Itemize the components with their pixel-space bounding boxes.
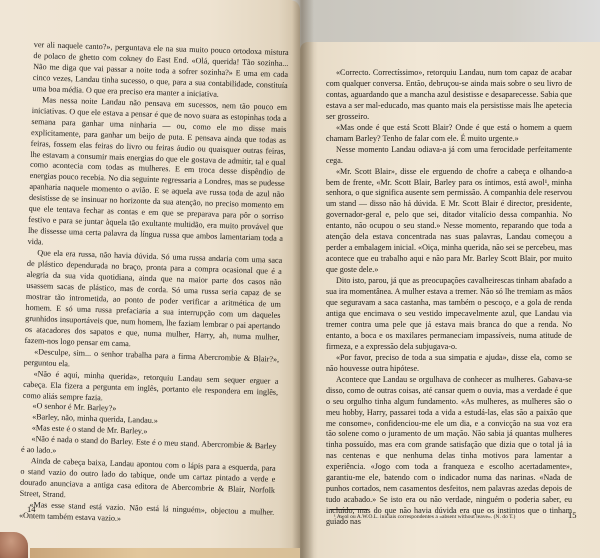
right-page-text: «Correcto. Correctíssimo», retorquiu Lan… (326, 68, 572, 528)
page-number: 15 (568, 510, 577, 521)
table-surface (30, 548, 300, 558)
page-number: 14 (27, 504, 36, 515)
footnote: ¹ Awol ou A.W.O.L. iniciais corresponden… (334, 514, 515, 521)
paragraph: Acontece que Landau se orgulhava de conh… (326, 375, 572, 528)
paragraph: «Por favor, preciso de toda a sua simpat… (326, 353, 572, 375)
left-page-text: ver ali naquele canto?», perguntava ele … (19, 40, 289, 530)
paragraph: Nesse momento Landau odiava-a já com uma… (326, 145, 572, 167)
footnote-divider (330, 509, 368, 510)
paragraph: «Correcto. Correctíssimo», retorquiu Lan… (326, 68, 572, 123)
holding-finger (0, 532, 28, 558)
paragraph: «Mas onde é que está Scott Blair? Onde é… (326, 123, 572, 145)
paragraph: «Mr. Scott Blair», disse ele erguendo de… (326, 167, 572, 277)
paragraph: Que ela era russa, não havia dúvida. Só … (24, 248, 282, 355)
left-page: ver ali naquele canto?», perguntava ele … (0, 0, 300, 558)
right-page: «Correcto. Correctíssimo», retorquiu Lan… (300, 42, 600, 558)
paragraph: Mas nessa noite Landau não pensava em su… (27, 95, 287, 256)
paragraph: Dito isto, parou, já que as preocupações… (326, 276, 572, 353)
paragraph: ver ali naquele canto?», perguntava ele … (32, 40, 289, 103)
